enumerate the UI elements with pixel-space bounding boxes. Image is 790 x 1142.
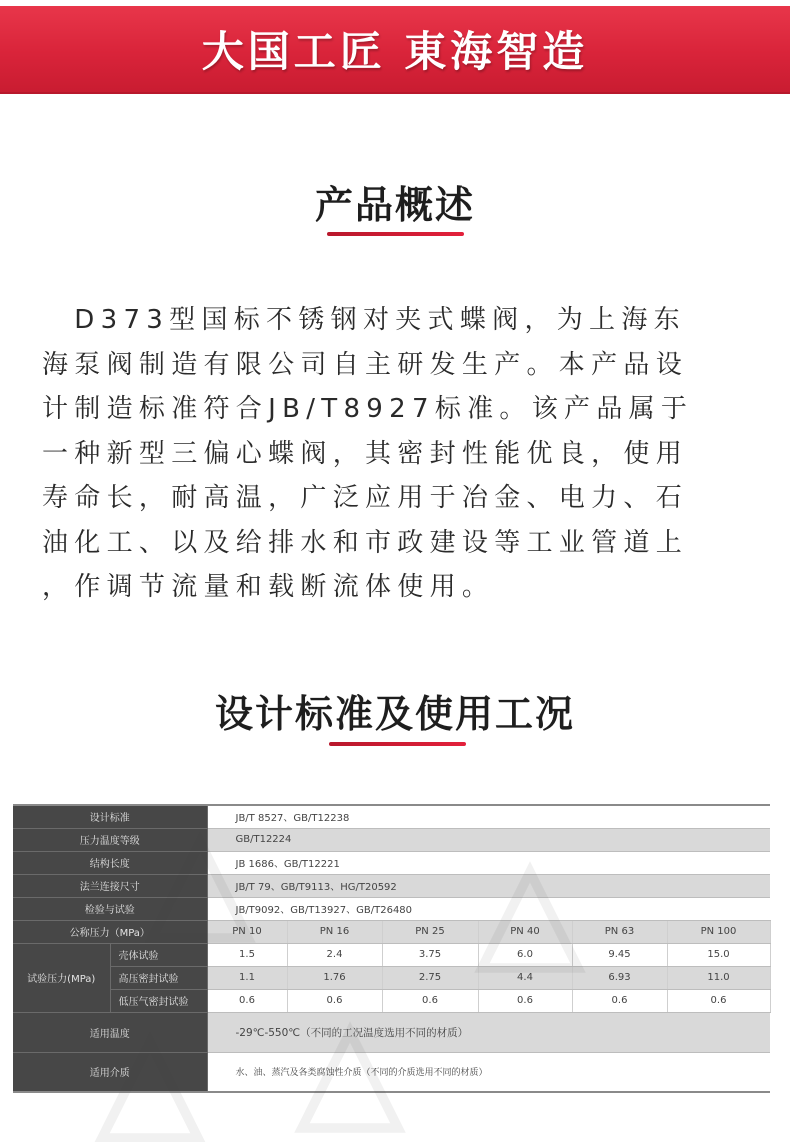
test-value: 0.6: [287, 989, 382, 1012]
medium-row: 适用介质 水、油、蒸汽及各类腐蚀性介质（不同的介质选用不同的材质）: [13, 1052, 770, 1092]
pn-cell: PN 40: [478, 920, 572, 943]
pn-cell: PN 25: [382, 920, 478, 943]
test-value: 0.6: [207, 989, 287, 1012]
row-value: JB 1686、GB/T12221: [207, 851, 770, 874]
test-row-shell: 试验压力(MPa) 壳体试验 1.5 2.4 3.75 6.0 9.45 15.…: [13, 943, 770, 966]
row-value: JB/T 79、GB/T9113、HG/T20592: [207, 874, 770, 897]
row-value: GB/T12224: [207, 828, 770, 851]
test-type-label: 壳体试验: [110, 943, 207, 966]
temperature-row: 适用温度 -29℃-550℃（不同的工况温度选用不同的材质）: [13, 1012, 770, 1052]
test-value: 3.75: [382, 943, 478, 966]
overview-line: 计制造标准符合JB/T8927标准。该产品属于: [42, 387, 748, 432]
test-value: 11.0: [667, 966, 770, 989]
test-value: 1.1: [207, 966, 287, 989]
row-value: JB/T9092、GB/T13927、GB/T26480: [207, 897, 770, 920]
temperature-label: 适用温度: [13, 1012, 207, 1052]
test-value: 6.93: [572, 966, 667, 989]
overview-paragraph: D373型国标不锈钢对夹式蝶阀，为上海东 海泵阀制造有限公司自主研发生产。本产品…: [42, 298, 748, 610]
test-value: 4.4: [478, 966, 572, 989]
pn-cell: PN 100: [667, 920, 770, 943]
overview-line: 油化工、以及给排水和市政建设等工业管道上: [42, 521, 748, 566]
test-value: 15.0: [667, 943, 770, 966]
test-value: 0.6: [382, 989, 478, 1012]
test-value: 1.76: [287, 966, 382, 989]
overview-line: 一种新型三偏心蝶阀，其密封性能优良，使用: [42, 432, 748, 477]
row-value: JB/T 8527、GB/T12238: [207, 805, 770, 828]
row-label: 压力温度等级: [13, 828, 207, 851]
medium-value: 水、油、蒸汽及各类腐蚀性介质（不同的介质选用不同的材质）: [207, 1052, 770, 1092]
temperature-value: -29℃-550℃（不同的工况温度选用不同的材质）: [207, 1012, 770, 1052]
test-type-label: 高压密封试验: [110, 966, 207, 989]
pn-cell: PN 63: [572, 920, 667, 943]
table-row: 法兰连接尺寸 JB/T 79、GB/T9113、HG/T20592: [13, 874, 770, 897]
test-value: 2.4: [287, 943, 382, 966]
test-value: 9.45: [572, 943, 667, 966]
row-label: 法兰连接尺寸: [13, 874, 207, 897]
pn-cell: PN 16: [287, 920, 382, 943]
row-label: 结构长度: [13, 851, 207, 874]
banner-title: 大国工匠 東海智造: [202, 19, 589, 79]
standards-table: 设计标准 JB/T 8527、GB/T12238 压力温度等级 GB/T1222…: [13, 804, 771, 1093]
table-row: 检验与试验 JB/T9092、GB/T13927、GB/T26480: [13, 897, 770, 920]
row-label: 设计标准: [13, 805, 207, 828]
nominal-pressure-row: 公称压力（MPa） PN 10 PN 16 PN 25 PN 40 PN 63 …: [13, 920, 770, 943]
test-value: 6.0: [478, 943, 572, 966]
overview-line: ，作调节流量和载断流体使用。: [42, 565, 748, 610]
test-value: 1.5: [207, 943, 287, 966]
test-pressure-label: 试验压力(MPa): [13, 943, 110, 1012]
overview-line: D373型国标不锈钢对夹式蝶阀，为上海东: [42, 298, 748, 343]
test-type-label: 低压气密封试验: [110, 989, 207, 1012]
overview-heading-underline: [327, 232, 464, 236]
test-value: 0.6: [667, 989, 770, 1012]
test-row-low-seal: 低压气密封试验 0.6 0.6 0.6 0.6 0.6 0.6: [13, 989, 770, 1012]
pn-cell: PN 10: [207, 920, 287, 943]
standards-heading-underline: [329, 742, 466, 746]
test-row-high-seal: 高压密封试验 1.1 1.76 2.75 4.4 6.93 11.0: [13, 966, 770, 989]
row-label: 检验与试验: [13, 897, 207, 920]
standards-heading: 设计标准及使用工况: [0, 683, 790, 738]
test-value: 0.6: [572, 989, 667, 1012]
medium-label: 适用介质: [13, 1052, 207, 1092]
brand-banner: 大国工匠 東海智造: [0, 6, 790, 94]
overview-heading: 产品概述: [0, 174, 790, 229]
test-value: 2.75: [382, 966, 478, 989]
test-value: 0.6: [478, 989, 572, 1012]
table-row: 设计标准 JB/T 8527、GB/T12238: [13, 805, 770, 828]
table-row: 结构长度 JB 1686、GB/T12221: [13, 851, 770, 874]
nominal-pressure-label: 公称压力（MPa）: [13, 920, 207, 943]
overview-line: 寿命长，耐高温，广泛应用于冶金、电力、石: [42, 476, 748, 521]
overview-line: 海泵阀制造有限公司自主研发生产。本产品设: [42, 343, 748, 388]
table-row: 压力温度等级 GB/T12224: [13, 828, 770, 851]
